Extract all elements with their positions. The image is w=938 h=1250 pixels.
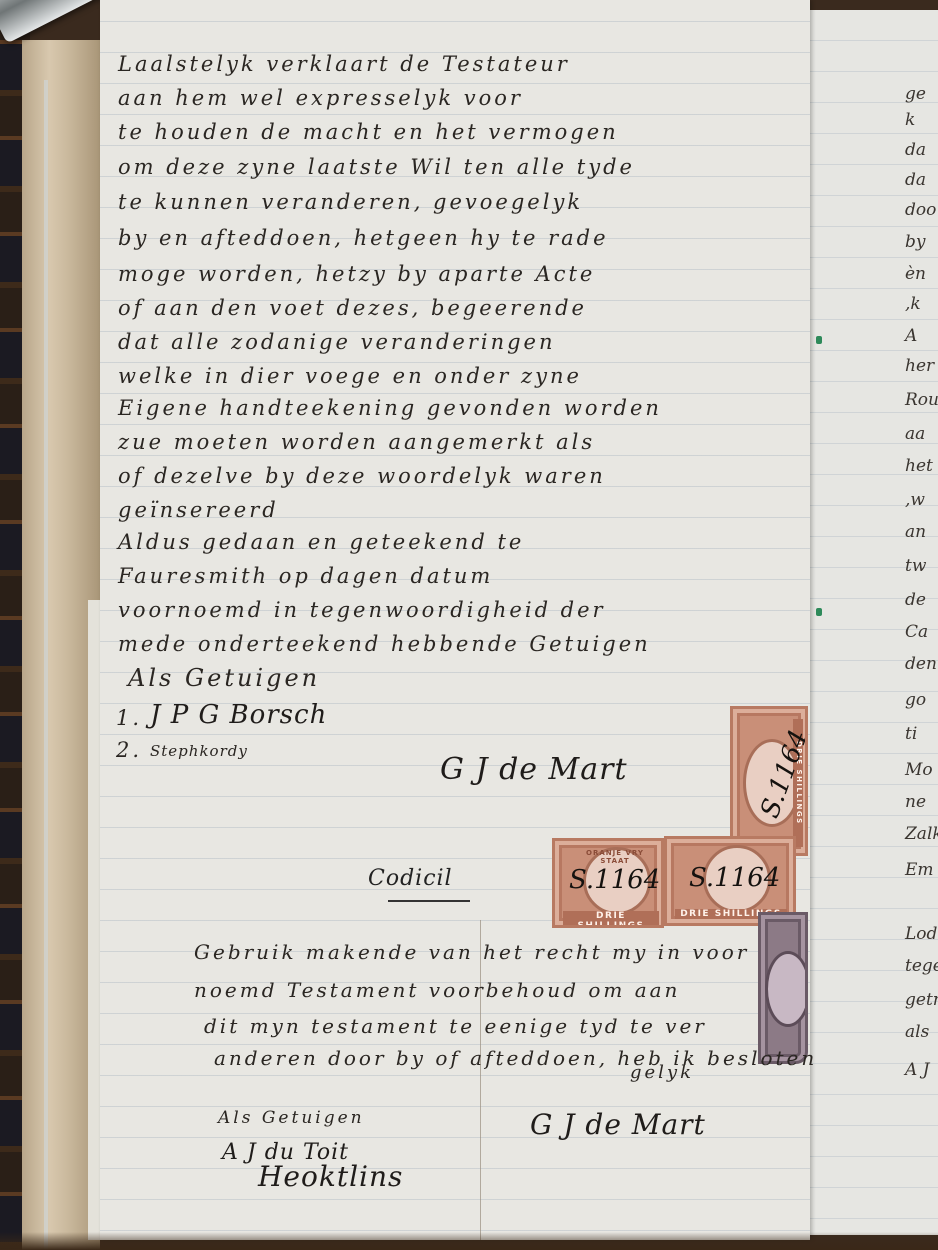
right-page-text: ,k xyxy=(905,294,921,314)
text-line: welke in dier voege en onder zyne xyxy=(118,364,582,388)
text-line: zue moeten worden aangemerkt als xyxy=(118,430,595,454)
right-page-text: ge xyxy=(905,84,926,104)
right-page-text: go xyxy=(905,690,926,710)
right-page-text: als xyxy=(905,1022,929,1042)
green-tab-marker xyxy=(816,608,822,616)
right-page-text: an xyxy=(905,522,926,542)
text-line: aan hem wel expresselyk voor xyxy=(118,86,523,110)
text-line: Aldus gedaan en geteekend te xyxy=(118,530,524,554)
right-page-text: ti xyxy=(905,724,917,744)
witness-number: 2. xyxy=(116,738,142,762)
codicil-title-underline xyxy=(388,900,470,902)
revenue-stamp-purple xyxy=(758,912,808,1064)
right-page-text: tege xyxy=(905,956,938,976)
witness-signature: J P G Borsch xyxy=(150,700,327,730)
right-page-text: Ca xyxy=(905,622,928,642)
codicil-testator-signature: G J de Mart xyxy=(530,1108,706,1141)
right-page-text: her xyxy=(905,356,934,376)
codicil-witnesses-heading: Als Getuigen xyxy=(218,1108,365,1128)
text-line: voornoemd in tegenwoordigheid der xyxy=(118,598,606,622)
right-page-text: getr xyxy=(905,990,938,1010)
green-tab-marker xyxy=(816,336,822,344)
text-line: Laalstelyk verklaart de Testateur xyxy=(118,52,570,76)
testator-signature: G J de Mart xyxy=(440,752,628,787)
right-page-text: aa xyxy=(905,424,925,444)
text-line: Fauresmith op dagen datum xyxy=(118,564,493,588)
stamp-cancellation: S.1164 xyxy=(569,865,660,895)
right-page-text: Zalk xyxy=(905,824,938,844)
right-page-text: ,w xyxy=(905,490,925,510)
spine-binding-strip xyxy=(44,80,48,1250)
codicil-title: Codicil xyxy=(368,866,453,891)
bottom-shadow xyxy=(0,1232,938,1250)
revenue-stamp: ORANJE VRY STAAT DRIE SHILLINGS S.1164 xyxy=(552,838,664,928)
text-line: dat alle zodanige veranderingen xyxy=(118,330,556,354)
right-page-text: den xyxy=(905,654,937,674)
right-page-text: de xyxy=(905,590,926,610)
text-line: om deze zyne laatste Wil ten alle tyde xyxy=(118,155,635,179)
codicil-witness-signature: Heoktlins xyxy=(258,1160,403,1193)
right-page-text: doo xyxy=(905,200,936,220)
right-page-text: da xyxy=(905,170,926,190)
right-page-text: by xyxy=(905,232,926,252)
text-line: Eigene handteekening gevonden worden xyxy=(118,396,662,420)
right-page-text: Mo xyxy=(905,760,933,780)
right-page-text: het xyxy=(905,456,933,476)
codicil-text-line: anderen door by of afteddoen, heb ik bes… xyxy=(214,1046,817,1070)
right-page-text: A J xyxy=(905,1060,930,1080)
codicil-text-line: noemd Testament voorbehoud om aan xyxy=(194,978,680,1002)
text-line: of dezelve by deze woordelyk waren xyxy=(118,464,606,488)
codicil-text-line: dit myn testament te eenige tyd te ver xyxy=(204,1014,707,1038)
text-line: of aan den voet dezes, begeerende xyxy=(118,296,587,320)
witnesses-heading: Als Getuigen xyxy=(128,664,320,692)
right-page-text: tw xyxy=(905,556,926,576)
right-page-text: Em xyxy=(905,860,934,880)
text-line: mede onderteekend hebbende Getuigen xyxy=(118,632,651,656)
right-page-text: da xyxy=(905,140,926,160)
right-page-text: èn xyxy=(905,264,926,284)
right-page-text: Loden xyxy=(905,924,938,944)
revenue-stamp: DRIE SHILLINGS S.1164 xyxy=(730,706,808,856)
right-page-text: Rou xyxy=(905,390,938,410)
stamp-cancellation: S.1164 xyxy=(689,863,780,893)
page-fold-line xyxy=(480,920,481,1240)
witness-number: 1. xyxy=(116,706,142,730)
text-line: by en afteddoen, hetgeen hy te rade xyxy=(118,226,609,250)
right-page-text: A xyxy=(905,326,917,346)
right-page-text: ne xyxy=(905,792,926,812)
text-line: te houden de macht en het vermogen xyxy=(118,120,619,144)
text-line: moge worden, hetzy by aparte Acte xyxy=(118,262,595,286)
witness-signature: Stephkordy xyxy=(150,742,248,760)
right-page-text: k xyxy=(905,110,915,130)
text-line: te kunnen veranderen, gevoegelyk xyxy=(118,190,583,214)
text-line: geïnsereerd xyxy=(118,498,279,522)
codicil-text-line: Gebruik makende van het recht my in voor xyxy=(194,940,749,964)
codicil-text-line: gelyk xyxy=(630,1062,694,1083)
